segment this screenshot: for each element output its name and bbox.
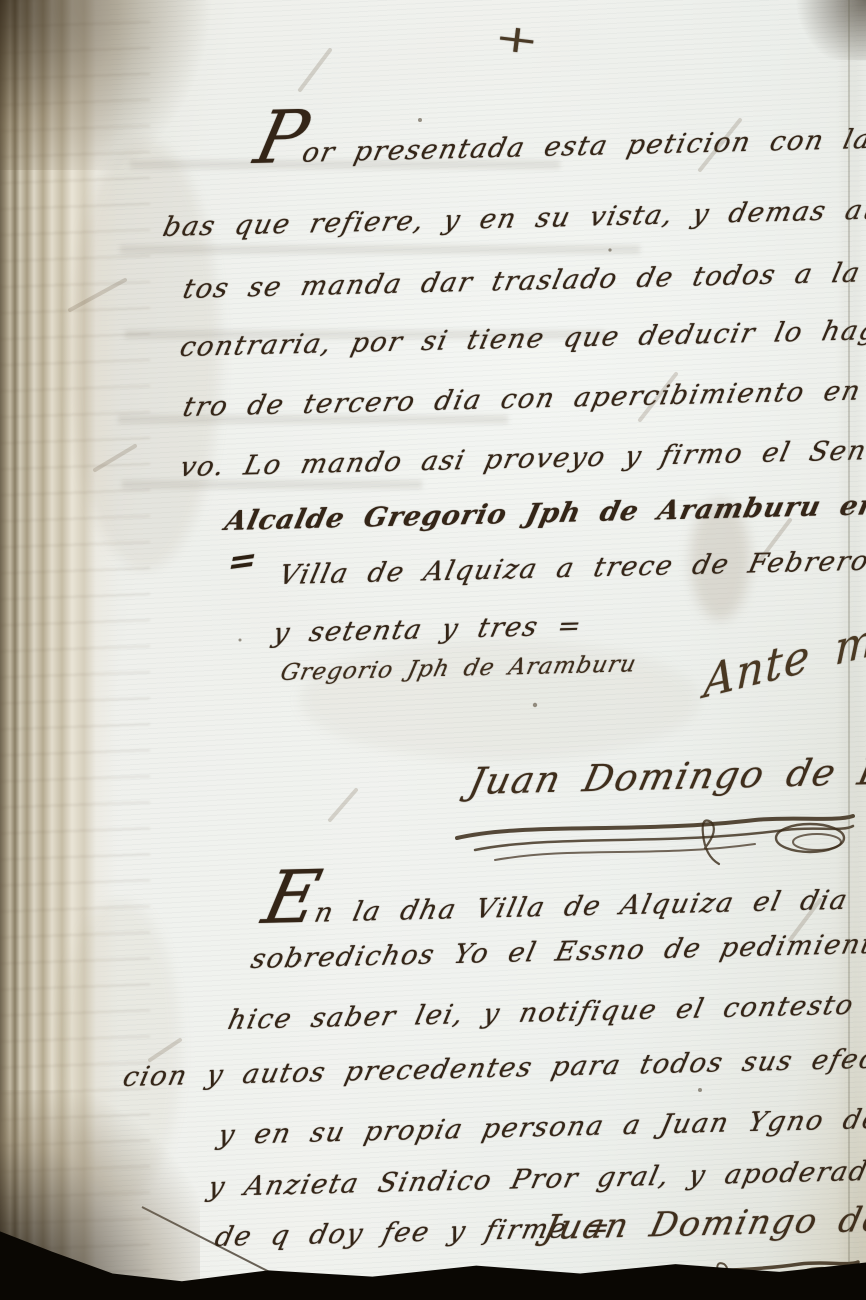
torn-corner-shadow xyxy=(0,0,240,170)
right-page-fold xyxy=(848,0,850,1300)
verso-text-ghost xyxy=(120,245,640,254)
verso-text-ghost xyxy=(122,480,422,489)
invocation-cross-mark: + xyxy=(492,14,544,63)
manuscript-scan: + = Por presentada esta peticion con las… xyxy=(0,0,866,1300)
